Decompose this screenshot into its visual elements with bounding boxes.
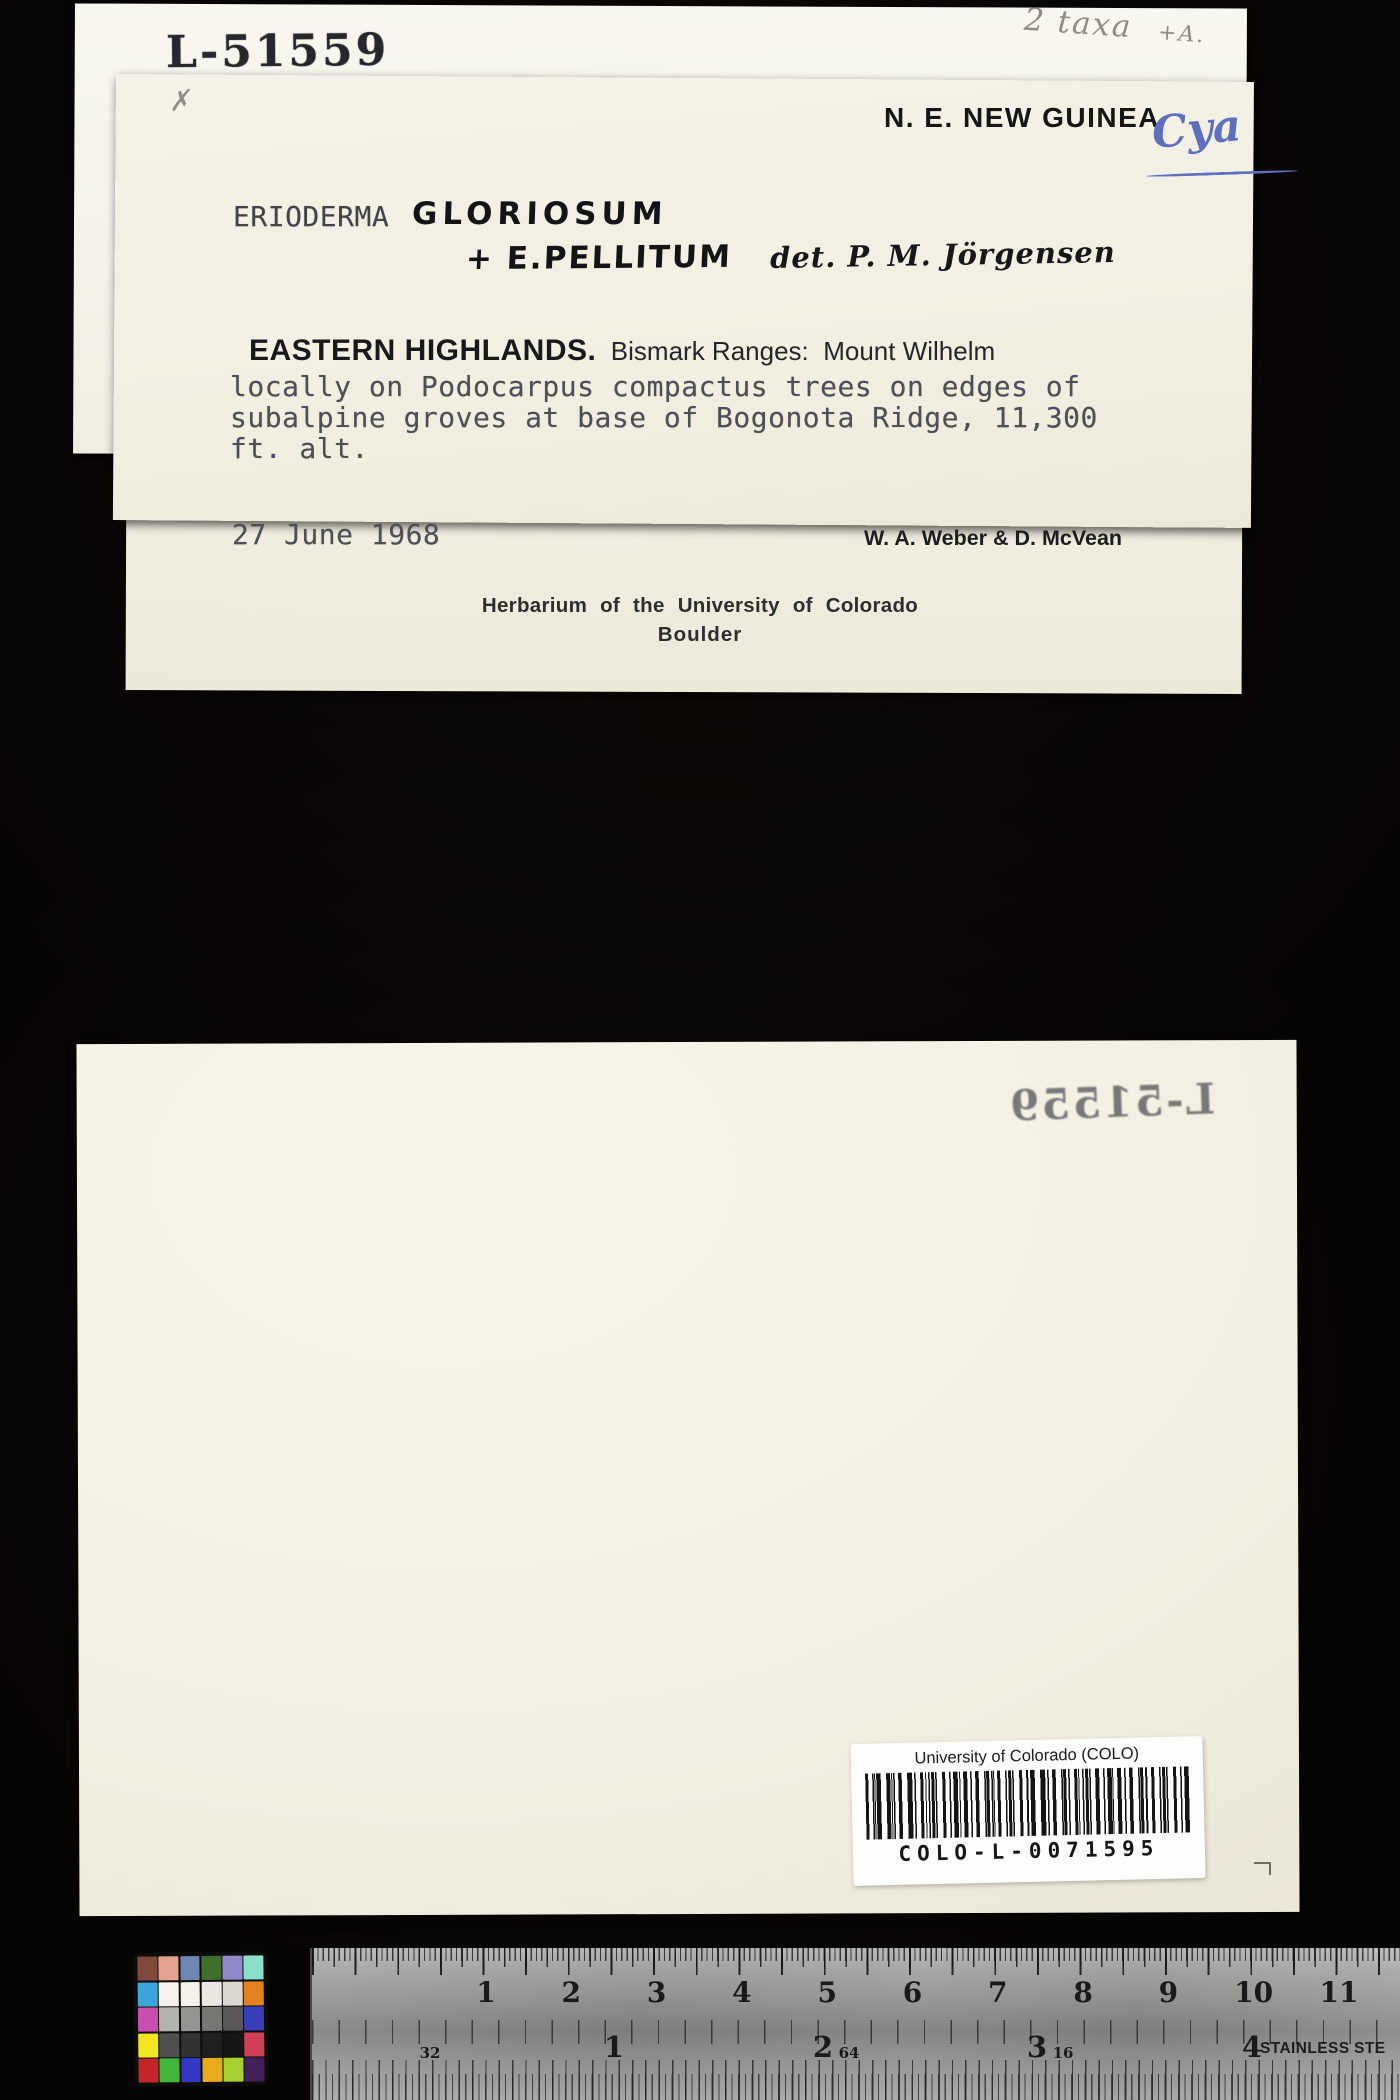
color-calibration-chart (133, 1951, 268, 2086)
ruler-ticks-bottom-short (312, 2074, 1400, 2100)
color-patch (160, 2058, 180, 2082)
barcode-label-title: University of Colorado (COLO) (851, 1743, 1203, 1770)
locality-line-2: subalpine groves at base of Bogonota Rid… (230, 401, 1098, 434)
ruler-number: 10 (1234, 1976, 1273, 2009)
barcode-label: University of Colorado (COLO) COLO-L-007… (850, 1736, 1205, 1886)
ruler-number: 2 (562, 1976, 581, 2009)
region-header: N. E. NEW GUINEA (884, 102, 1160, 134)
color-patch (223, 2032, 243, 2056)
district-detail: Bismark Ranges: Mount Wilhelm (596, 336, 995, 366)
ruler-number: 3 (1027, 2030, 1047, 2064)
corner-registration-mark (1254, 1862, 1271, 1875)
color-patch (202, 2007, 222, 2031)
accession-number-stamp: L-51559 (166, 25, 390, 78)
pencil-annotation-text: 2 taxa (1023, 2, 1134, 45)
color-patch (159, 2007, 179, 2031)
color-patch (180, 1956, 200, 1980)
color-patch (159, 1982, 179, 2006)
locality-line-1: locally on Podocarpus compactus trees on… (230, 370, 1081, 403)
ruler-number: 1 (476, 1976, 495, 2009)
ruler-number: 8 (1073, 1976, 1092, 2009)
color-patch (223, 1981, 243, 2005)
ruler-number: 7 (988, 1976, 1007, 2009)
ruler-number: 16 (1053, 2044, 1074, 2062)
color-patch (159, 2033, 179, 2057)
ruler-number: 5 (817, 1976, 836, 2009)
color-patch (201, 1956, 221, 1980)
second-taxon-handwritten: + E.PELLITUM (465, 239, 733, 277)
color-patch (201, 1981, 221, 2005)
ruler-brand-text: STAINLESS STE (1260, 2040, 1385, 2058)
species-epithet-handwritten: GLORIOSUM (411, 196, 668, 232)
ruler-number: 3 (647, 1976, 666, 2009)
locality-line-3: ft. alt. (230, 432, 369, 465)
color-patch (138, 2033, 158, 2057)
color-patch (138, 2007, 158, 2031)
determiner-handwritten: det. P. M. Jörgensen (770, 235, 1116, 275)
color-patch (202, 2058, 222, 2082)
ruler-number: 2 (813, 2030, 833, 2064)
pencil-annotation-suffix: +A. (1157, 20, 1206, 48)
mirrored-stamp-bleedthrough: L-51559 (1007, 1074, 1216, 1130)
ruler-number: 64 (839, 2044, 860, 2062)
color-patch (180, 2007, 200, 2031)
district-name: EASTERN HIGHLANDS. (249, 334, 596, 367)
ruler-ticks-top-tall (312, 1948, 1400, 1975)
color-patch (244, 2032, 264, 2056)
ruler-number: 4 (732, 1976, 751, 2009)
color-patch (202, 2032, 222, 2056)
collectors: W. A. Weber & D. McVean (864, 526, 1122, 551)
barcode (865, 1766, 1190, 1839)
collection-date: 27 June 1968 (232, 518, 440, 551)
genus-name-typed: ERIODERMA (233, 200, 389, 233)
color-patch (138, 2058, 158, 2082)
color-patch (223, 2007, 243, 2031)
stainless-steel-ruler: STAINLESS STE 12345678910111234326416 (310, 1948, 1400, 2100)
ruler-number: 32 (420, 2044, 441, 2062)
ruler-number: 1 (604, 2030, 624, 2064)
blue-ink-annotation: Cya (1150, 100, 1243, 159)
color-patch (245, 2057, 265, 2081)
color-patch (137, 1956, 157, 1980)
color-patch (180, 1982, 200, 2006)
herbarium-imprint: Herbarium of the University of Colorado … (440, 594, 960, 647)
herbarium-imprint-line2: Boulder (440, 623, 960, 647)
district-line: EASTERN HIGHLANDS. Bismark Ranges: Mount… (249, 334, 995, 368)
color-patch (244, 1981, 264, 2005)
ruler-number: 11 (1320, 1976, 1359, 2009)
ruler-ticks-middle (312, 2020, 1400, 2044)
ruler-number: 6 (903, 1976, 922, 2009)
color-patch (223, 2058, 243, 2082)
pencil-mark: ✗ (166, 85, 193, 119)
herbarium-specimen-photo: L-51559 2 taxa+A. ✗ N. E. NEW GUINEA Cya… (0, 0, 1400, 2100)
color-patch (181, 2033, 201, 2057)
color-patch (138, 1982, 158, 2006)
color-patch (222, 1956, 242, 1980)
barcode-number: COLO-L-0071595 (853, 1835, 1205, 1867)
color-patch (244, 1955, 264, 1979)
color-patch (159, 1956, 179, 1980)
color-patch (244, 2006, 264, 2030)
herbarium-imprint-line1: Herbarium of the University of Colorado (440, 594, 960, 618)
color-patch (181, 2058, 201, 2082)
ruler-number: 9 (1159, 1976, 1178, 2009)
